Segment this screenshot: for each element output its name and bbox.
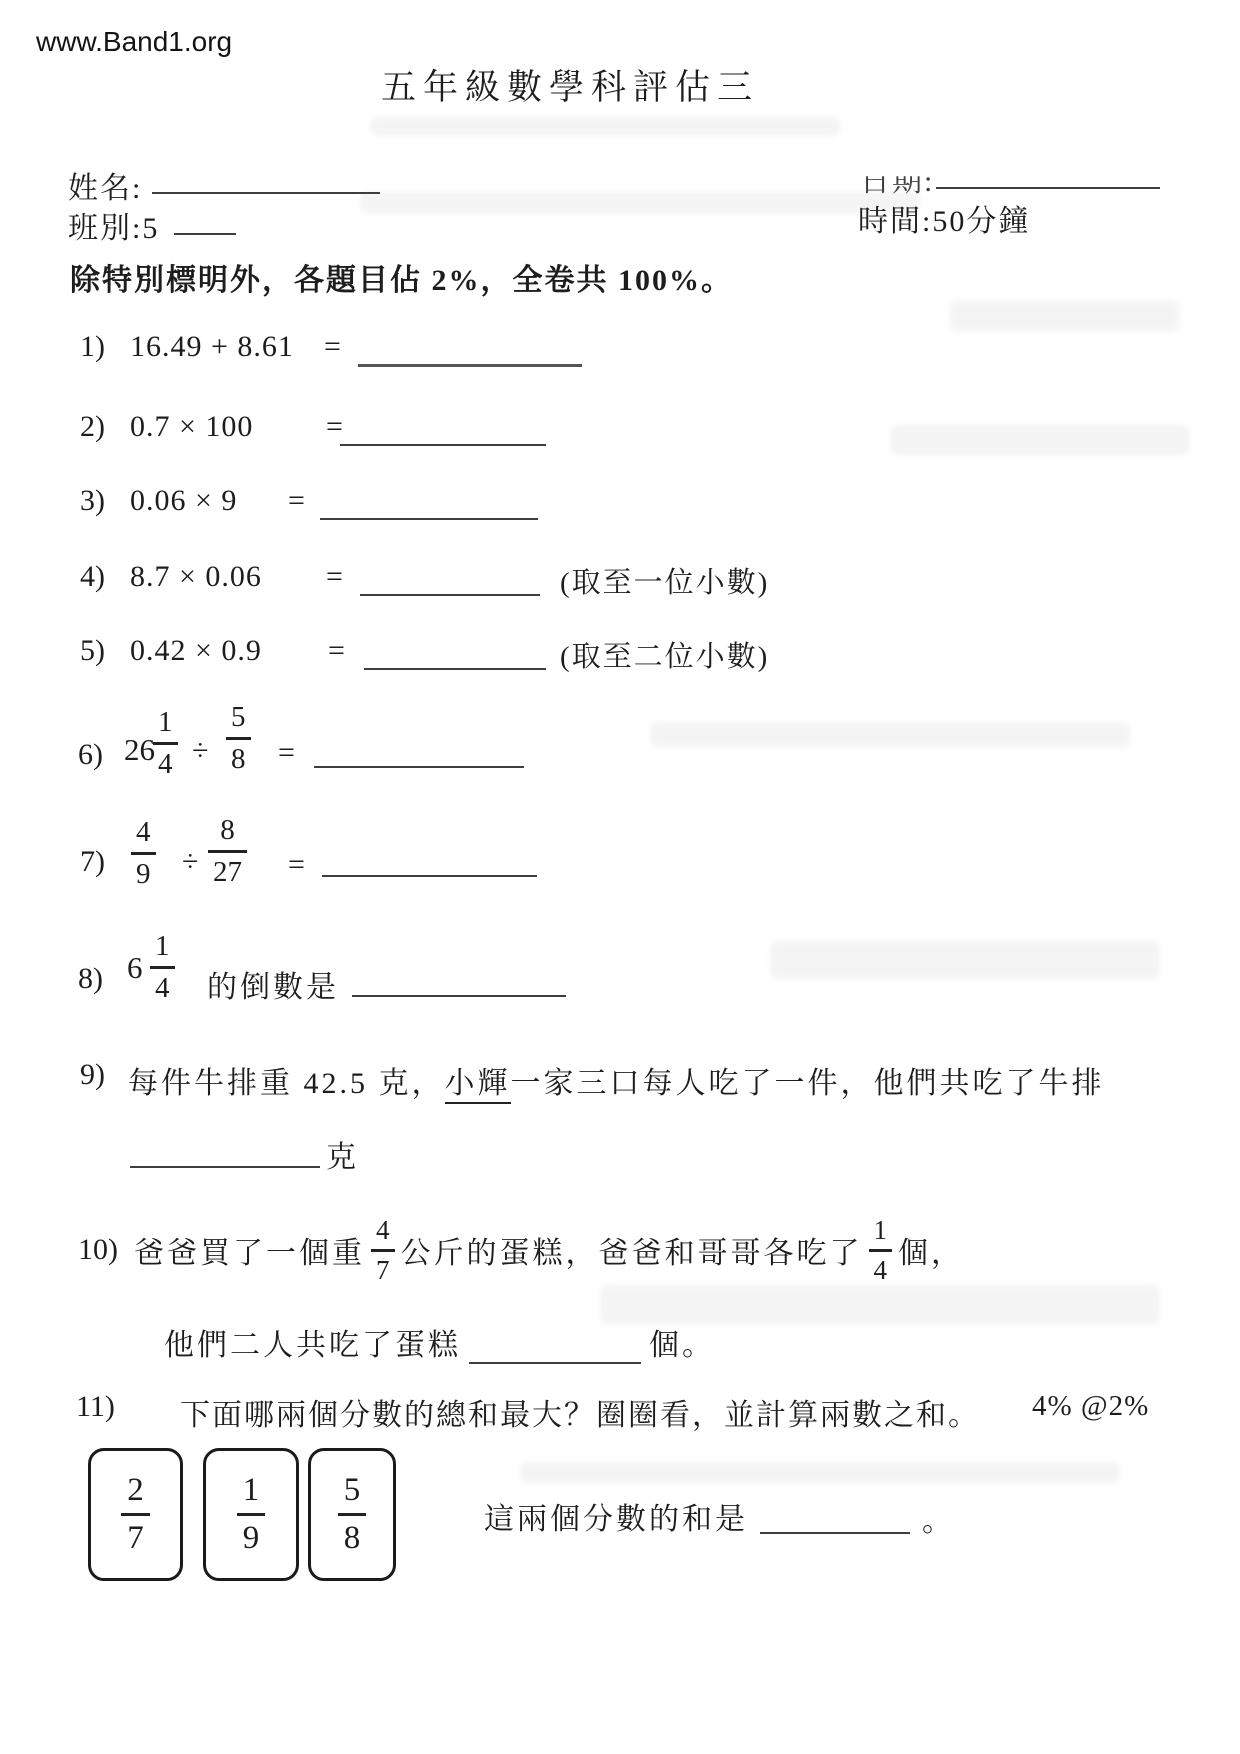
question-number: 10) [78, 1233, 118, 1267]
class-label: 班別:5 [68, 203, 159, 247]
equals-sign: = [326, 560, 343, 594]
answer-blank-9[interactable] [130, 1128, 320, 1168]
denominator: 8 [226, 740, 251, 774]
denominator: 4 [869, 1252, 893, 1284]
scan-artifact [520, 1462, 1120, 1484]
text-line2b: 個。 [649, 1320, 715, 1364]
question-number: 5) [80, 634, 105, 668]
fraction: 4 7 [371, 1217, 395, 1284]
instructions: 除特別標明外，各題目佔 2%，全卷共 100%。 [70, 255, 733, 299]
expression: 8.7 × 0.06 [130, 560, 262, 594]
question-number: 7) [80, 845, 105, 879]
question-number: 2) [80, 410, 105, 444]
question-number: 9) [80, 1058, 105, 1092]
rounding-note: (取至一位小數) [560, 560, 769, 601]
question-7: 7) 4 9 ÷ 8 27 = [0, 815, 1240, 915]
fraction: 4 9 [131, 818, 156, 889]
question-number: 1) [80, 330, 105, 364]
answer-blank-7[interactable] [322, 843, 537, 877]
answer-blank-2[interactable] [340, 410, 546, 446]
scan-artifact [950, 300, 1180, 332]
answer-blank-1[interactable] [358, 330, 582, 367]
answer-blank-10[interactable] [469, 1322, 641, 1364]
denominator: 8 [338, 1516, 367, 1555]
question-1: 1) 16.49 + 8.61 = [0, 330, 1240, 376]
question-text: 每件牛排重 42.5 克，小輝一家三口每人吃了一件，他們共吃了牛排 [128, 1058, 1105, 1102]
question-11: 11) 下面哪兩個分數的總和最大？圈圈看，並計算兩數之和。 4% @2% [0, 1390, 1240, 1436]
numerator: 4 [371, 1217, 395, 1249]
fraction: 1 4 [869, 1217, 893, 1284]
fraction: 1 4 [153, 708, 178, 779]
question-5: 5) 0.42 × 0.9 = (取至二位小數) [0, 634, 1240, 680]
fraction-card-2[interactable]: 1 9 [203, 1448, 299, 1581]
unit-label: 克 [326, 1132, 359, 1176]
equals-sign: = [288, 484, 305, 518]
expression: 0.42 × 0.9 [130, 634, 262, 668]
numerator: 2 [121, 1474, 150, 1513]
sentence-period: 。 [922, 1496, 955, 1540]
person-name-underlined: 小輝 [445, 1067, 511, 1104]
whole-number: 6 [127, 950, 143, 986]
denominator: 9 [131, 855, 156, 889]
expression: 0.06 × 9 [130, 484, 237, 518]
date-blank[interactable] [936, 156, 1160, 189]
denominator: 4 [150, 969, 175, 1003]
name-label: 姓名: [68, 163, 142, 207]
rounding-note: (取至二位小數) [560, 634, 769, 675]
text-part-2: 一家三口每人吃了一件，他們共吃了牛排 [511, 1067, 1105, 1100]
question-10: 10) 爸爸買了一個重 4 7 公斤的蛋糕，爸爸和哥哥各吃了 1 4 個， [78, 1208, 964, 1292]
numerator: 8 [215, 816, 240, 850]
date-label: 日期: [860, 156, 934, 200]
time-label: 時間:50分鐘 [858, 196, 1030, 240]
numerator: 1 [869, 1217, 893, 1249]
fraction: 5 8 [338, 1474, 367, 1555]
answer-blank-6[interactable] [314, 734, 524, 768]
fraction: 1 9 [237, 1474, 266, 1555]
text-part-1: 每件牛排重 42.5 克， [128, 1067, 445, 1100]
question-10-line-2: 他們二人共吃了蛋糕 個。 [164, 1318, 715, 1364]
text-part-2: 公斤的蛋糕，爸爸和哥哥各吃了 [401, 1228, 863, 1272]
answer-sentence-label: 這兩個分數的和是 [484, 1494, 748, 1538]
question-8: 8) 6 1 4 的倒數是 [0, 930, 1240, 1015]
fraction: 1 4 [150, 932, 175, 1003]
denominator: 4 [153, 745, 178, 779]
fraction-card-1[interactable]: 2 7 [88, 1448, 183, 1581]
question-9-answer-line: 克 [0, 1128, 1240, 1178]
site-watermark: www.Band1.org [36, 26, 232, 58]
scan-artifact [370, 116, 840, 136]
numerator: 1 [153, 708, 178, 742]
reciprocal-label: 的倒數是 [207, 962, 339, 1006]
scan-artifact [360, 192, 920, 214]
answer-blank-8[interactable] [352, 963, 566, 997]
fraction: 8 27 [208, 816, 247, 887]
denominator: 7 [121, 1516, 150, 1555]
equals-sign: = [288, 848, 305, 882]
answer-blank-4[interactable] [360, 560, 540, 596]
text-part-1: 爸爸買了一個重 [134, 1228, 365, 1272]
question-number: 4) [80, 560, 105, 594]
divide-sign: ÷ [182, 845, 198, 879]
question-number: 11) [76, 1390, 115, 1424]
question-number: 6) [78, 738, 103, 772]
denominator: 9 [237, 1516, 266, 1555]
question-6: 6) 26 1 4 ÷ 5 8 = [0, 700, 1240, 795]
equals-sign: = [278, 736, 295, 770]
name-blank[interactable] [152, 160, 380, 194]
answer-blank-11[interactable] [760, 1494, 910, 1534]
equals-sign: = [324, 330, 341, 364]
question-text: 下面哪兩個分數的總和最大？圈圈看，並計算兩數之和。 [180, 1390, 980, 1434]
expression: 16.49 + 8.61 [130, 330, 294, 364]
answer-blank-3[interactable] [320, 484, 538, 520]
numerator: 5 [338, 1474, 367, 1513]
text-line2a: 他們二人共吃了蛋糕 [164, 1320, 461, 1364]
marks-note: 4% @2% [1032, 1390, 1149, 1423]
question-3: 3) 0.06 × 9 = [0, 484, 1240, 530]
numerator: 4 [131, 818, 156, 852]
numerator: 1 [150, 932, 175, 966]
denominator: 7 [371, 1252, 395, 1284]
page-title: 五年級數學科評估三 [0, 60, 1140, 110]
question-number: 8) [78, 962, 103, 996]
numerator: 5 [226, 703, 251, 737]
equals-sign: = [328, 634, 345, 668]
numerator: 1 [237, 1474, 266, 1513]
question-2: 2) 0.7 × 100 = [0, 410, 1240, 456]
question-4: 4) 8.7 × 0.06 = (取至一位小數) [0, 560, 1240, 606]
question-9: 9) 每件牛排重 42.5 克，小輝一家三口每人吃了一件，他們共吃了牛排 [0, 1058, 1240, 1104]
expression: 0.7 × 100 [130, 410, 253, 444]
fraction: 2 7 [121, 1474, 150, 1555]
fraction-card-3[interactable]: 5 8 [308, 1448, 396, 1581]
denominator: 27 [208, 853, 247, 887]
whole-number: 26 [124, 732, 155, 768]
fraction: 5 8 [226, 703, 251, 774]
divide-sign: ÷ [192, 734, 208, 768]
worksheet-page: www.Band1.org 五年級數學科評估三 姓名: 班別:5 日期: 時間:… [0, 0, 1240, 1754]
question-number: 3) [80, 484, 105, 518]
text-part-3: 個， [898, 1228, 964, 1272]
answer-blank-5[interactable] [364, 634, 546, 670]
class-blank[interactable] [174, 203, 236, 235]
